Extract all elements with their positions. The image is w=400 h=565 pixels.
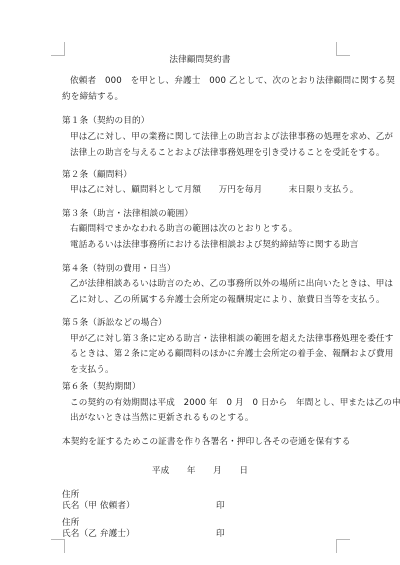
article-heading: 第５条（訴訟などの場合）	[62, 318, 167, 329]
article-line: 乙に対し、乙の所属する弁護士会所定の報酬規定により、旅費日当等を支払う。	[70, 295, 385, 306]
article-line: この契約の有効期間は平成 2000 年 0 月 0 日から 年間とし、甲または乙…	[70, 398, 400, 409]
crop-mark-top-right	[336, 42, 350, 56]
article-line: 乙が法律相談あるいは助言のため、乙の事務所以外の場所に出向いたときは、甲は	[70, 279, 393, 290]
crop-mark-bottom-left	[51, 539, 65, 553]
article-heading: 第６条（契約期間）	[62, 382, 141, 393]
article-line: 電話あるいは法律事務所における法律相談および契約締結等に関する助言	[70, 240, 359, 251]
name-label: 氏名（甲 依頼者）	[62, 501, 135, 512]
article-line: 甲は乙に対し、甲の業務に関して法律上の助言および法律事務の処理を求め、乙が	[70, 132, 393, 143]
document-title: 法律顧問契約書	[0, 55, 400, 66]
preamble-line-1: 依頼者 000 を甲とし、弁護士 000 乙として、次のとおり法律顧問に関する契	[70, 76, 395, 87]
date-line: 平成 年 月 日	[0, 466, 400, 477]
article-line: るときは、第２条に定める顧問料のほかに弁護士会所定の着手金、報酬および費用	[70, 349, 394, 360]
article-heading: 第３条（助言・法律相談の範囲）	[62, 209, 193, 220]
crop-mark-bottom-right	[336, 539, 350, 553]
address-label: 住所	[62, 490, 80, 501]
article-line: 出がないときは当然に更新されるものとする。	[70, 413, 254, 424]
seal-mark: 印	[216, 529, 225, 540]
closing-statement: 本契約を証するためこの証書を作り各署名・押印し各その壱通を保有する	[62, 437, 351, 448]
article-heading: 第２条（顧問料）	[62, 170, 132, 181]
address-label: 住所	[62, 518, 80, 529]
article-line: 右顧問料でまかなわれる助言の範囲は次のとおりとする。	[70, 224, 297, 235]
seal-mark: 印	[216, 501, 225, 512]
name-label: 氏名（乙 弁護士）	[62, 529, 135, 540]
article-line: を支払う。	[70, 365, 114, 376]
article-line: 甲は乙に対し、顧問料として月額 万円を毎月 末日限り支払う。	[70, 185, 359, 196]
article-heading: 第４条（特別の費用・日当）	[62, 264, 176, 275]
article-line: 甲が乙に対し第３条に定める助言・法律相談の範囲を超えた法律事務処理を委任す	[70, 334, 394, 345]
article-heading: 第１条（契約の目的）	[62, 116, 149, 127]
article-line: 法律上の助言を与えることおよび法律事務処理を引き受けることを受託をする。	[70, 148, 385, 159]
preamble-line-2: 約を締結する。	[62, 92, 123, 103]
crop-mark-top-left	[51, 42, 65, 56]
